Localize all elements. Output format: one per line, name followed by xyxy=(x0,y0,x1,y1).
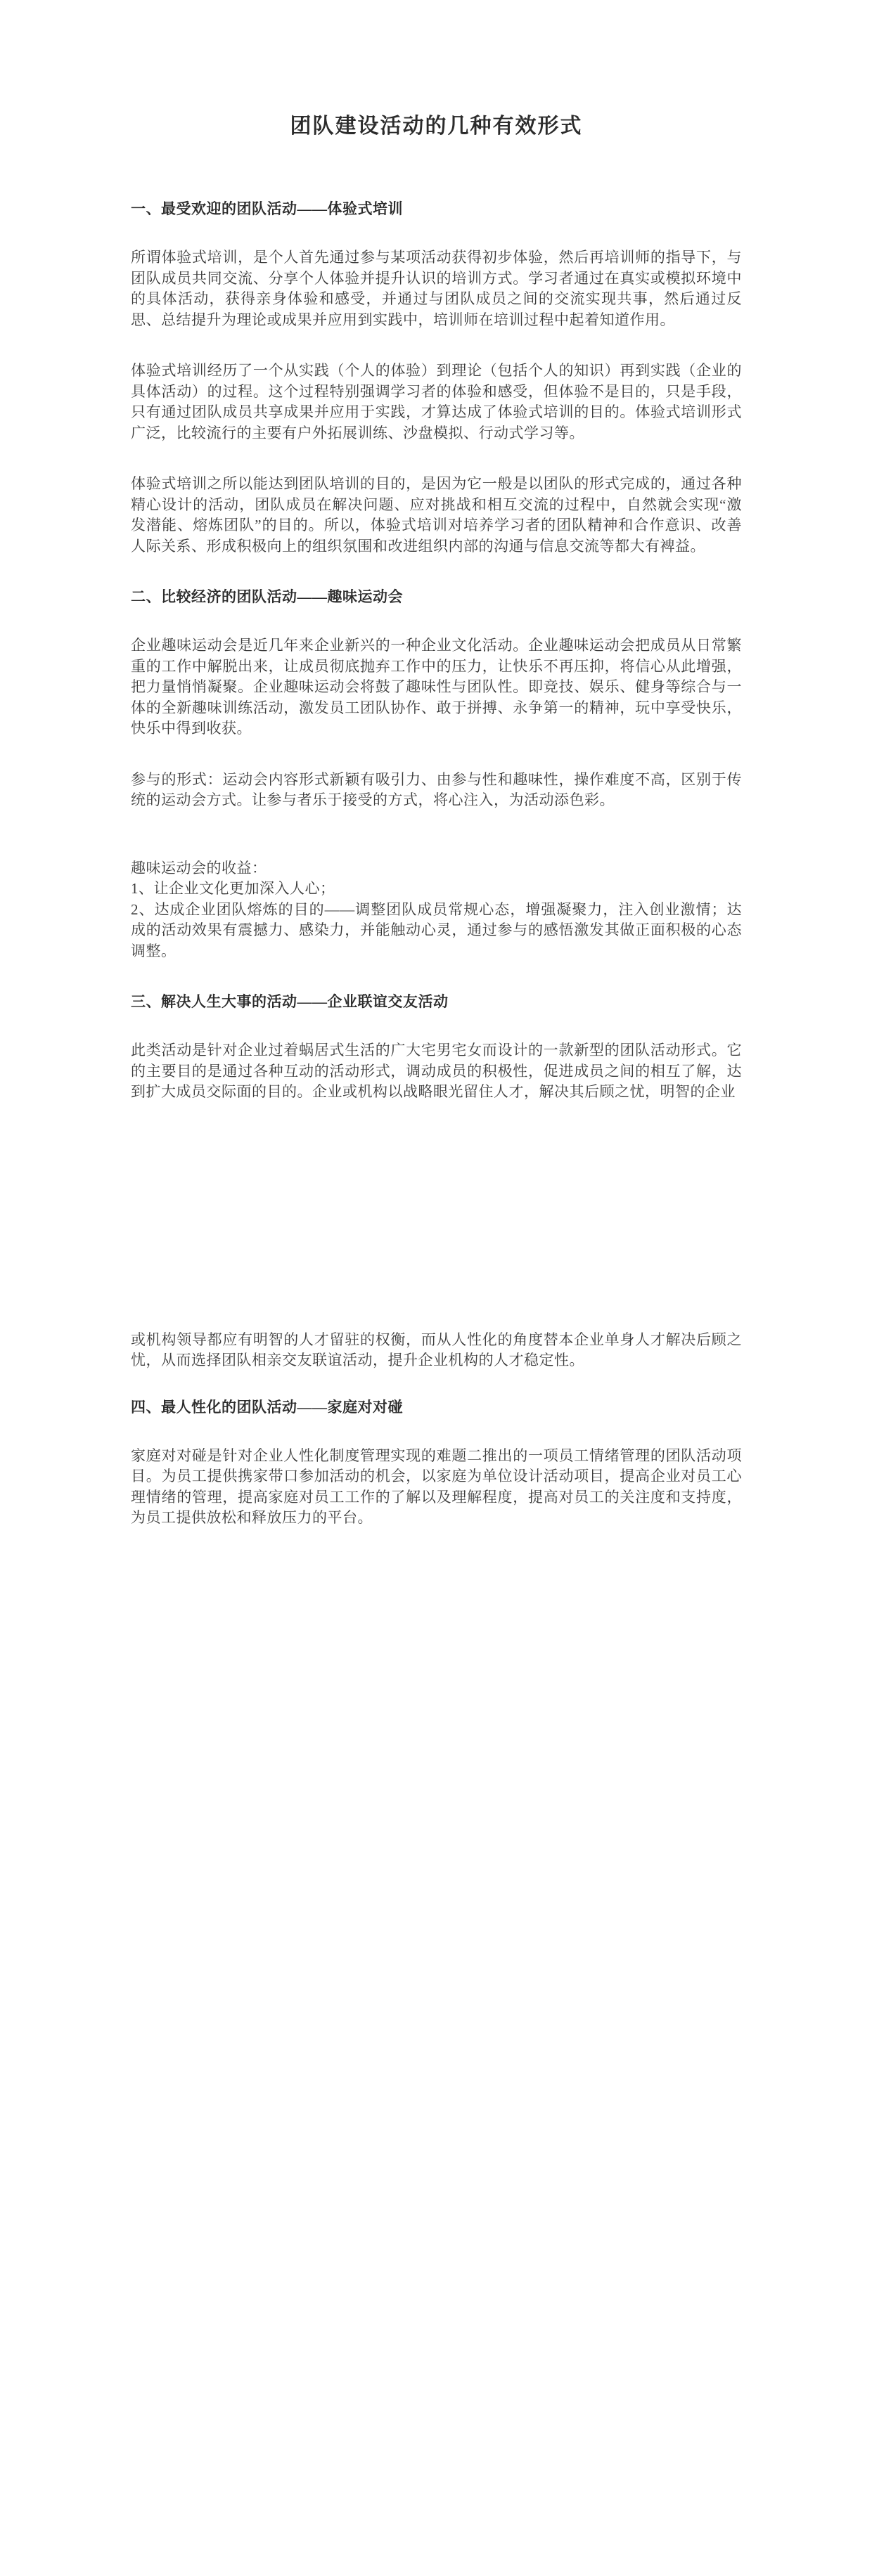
paragraph: 企业趣味运动会是近几年来企业新兴的一种企业文化活动。企业趣味运动会把成员从日常繁… xyxy=(131,635,742,739)
paragraph-continued: 或机构领导都应有明智的人才留驻的权衡，而从人性化的角度替本企业单身人才解决后顾之… xyxy=(131,1330,742,1371)
paragraph: 所谓体验式培训，是个人首先通过参与某项活动获得初步体验，然后再培训师的指导下，与… xyxy=(131,247,742,330)
section-heading-2: 二、比较经济的团队活动——趣味运动会 xyxy=(131,586,742,607)
benefits-item: 2、达成企业团队熔炼的目的——调整团队成员常规心态，增强凝聚力，注入创业激情；达… xyxy=(131,900,742,962)
paragraph: 家庭对对碰是针对企业人性化制度管理实现的难题二推出的一项员工情绪管理的团队活动项… xyxy=(131,1446,742,1529)
section-heading-4: 四、最人性化的团队活动——家庭对对碰 xyxy=(131,1397,742,1418)
section-heading-3: 三、解决人生大事的活动——企业联谊交友活动 xyxy=(131,991,742,1012)
paragraph: 体验式培训之所以能达到团队培训的目的，是因为它一般是以团队的形式完成的，通过各种… xyxy=(131,474,742,557)
section-heading-1: 一、最受欢迎的团队活动——体验式培训 xyxy=(131,198,742,219)
benefits-list: 趣味运动会的收益： 1、让企业文化更加深入人心； 2、达成企业团队熔炼的目的——… xyxy=(131,858,742,962)
paragraph: 参与的形式：运动会内容形式新颖有吸引力、由参与性和趣味性，操作难度不高，区别于传… xyxy=(131,770,742,811)
document-title: 团队建设活动的几种有效形式 xyxy=(131,110,742,142)
document-page: { "page": { "background": "#ffffff", "bo… xyxy=(0,110,872,2576)
benefits-intro: 趣味运动会的收益： xyxy=(131,858,742,879)
benefits-item: 1、让企业文化更加深入人心； xyxy=(131,879,742,900)
document-body: 团队建设活动的几种有效形式 一、最受欢迎的团队活动——体验式培训 所谓体验式培训… xyxy=(131,110,742,1529)
page-break-gap xyxy=(131,1103,742,1330)
paragraph: 体验式培训经历了一个从实践（个人的体验）到理论（包括个人的知识）再到实践（企业的… xyxy=(131,361,742,444)
paragraph: 此类活动是针对企业过着蜗居式生活的广大宅男宅女而设计的一款新型的团队活动形式。它… xyxy=(131,1040,742,1103)
